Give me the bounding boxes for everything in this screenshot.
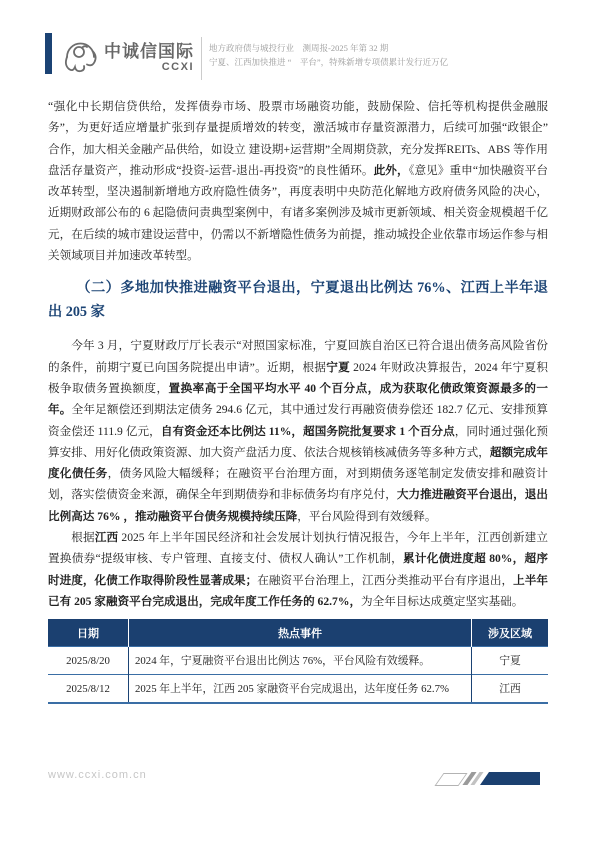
brand-name-cn: 中诚信国际: [104, 42, 194, 61]
report-series-title: 地方政府债与城投行业 测周报-2025 年第 32 期: [209, 41, 448, 55]
paragraph-jiangxi: 根据江西 2025 年上半年国民经济和社会发展计划执行情况报告，今年上半年，江西…: [48, 527, 548, 612]
footer-decoration: [437, 772, 547, 786]
cell-region: 江西: [472, 675, 549, 704]
emphasis-text: 宁夏: [326, 361, 350, 374]
table-row: 2025/8/202024 年，宁夏融资平台退出比例达 76%，平台风险有效缓释…: [48, 647, 548, 675]
document-body: “强化中长期信贷供给，发挥债券市场、股票市场融资功能，鼓励保险、信托等机构提供金…: [48, 96, 548, 704]
cell-event: 2024 年，宁夏融资平台退出比例达 76%，平台风险有效缓释。: [129, 647, 472, 675]
cell-region: 宁夏: [472, 647, 549, 675]
emphasis-text: 江西: [95, 531, 119, 544]
section-heading: （二）多地加快推进融资平台退出，宁夏退出比例达 76%、江西上半年退出 205 …: [48, 276, 548, 324]
emphasis-text: 自有资金还本比例达 11%，超国务院批复要求 1 个百分点: [161, 425, 455, 438]
header-cell-event: 热点事件: [129, 619, 472, 647]
cell-event: 2025 年上半年，江西 205 家融资平台完成退出，达年度任务 62.7%: [129, 675, 472, 704]
report-page: { "header": { "brand": { "name_cn": "中诚信…: [0, 0, 595, 841]
report-issue-title: 宁夏、江西加快推进 “ 平台”，特殊新增专项债累计发行近万亿: [209, 55, 448, 69]
elephant-logo-icon: [59, 39, 101, 77]
brand-name-en: CCXI: [104, 61, 194, 73]
hot-events-table: 日期 热点事件 涉及区域 2025/8/202024 年，宁夏融资平台退出比例达…: [48, 619, 548, 704]
hot-events-tbody: 2025/8/202024 年，宁夏融资平台退出比例达 76%，平台风险有效缓释…: [48, 647, 548, 704]
header-accent-bar: [45, 33, 52, 74]
body-text: 为全年目标达成奠定坚实基础。: [361, 595, 523, 608]
table-row: 2025/8/122025 年上半年，江西 205 家融资平台完成退出，达年度任…: [48, 675, 548, 704]
header-divider: [201, 37, 202, 80]
body-text: 在融资平台治理上，江西分类推动平台有序退出，: [257, 574, 513, 587]
header-cell-region: 涉及区域: [472, 619, 549, 647]
table-header-row: 日期 热点事件 涉及区域: [48, 619, 548, 647]
body-text: 《意见》重申“加快融资平台改革转型，坚决遏制新增地方政府隐性债务”，再度表明中央…: [48, 164, 548, 262]
brand-name: 中诚信国际 CCXI: [104, 42, 194, 73]
body-text: ，平台风险得到有效缓释。: [297, 510, 436, 523]
cell-date: 2025/8/12: [48, 675, 129, 704]
report-header-info: 地方政府债与城投行业 测周报-2025 年第 32 期 宁夏、江西加快推进 “ …: [209, 41, 448, 69]
footer-navy-bar: [480, 772, 540, 785]
header-cell-date: 日期: [48, 619, 129, 647]
brand-logo: 中诚信国际 CCXI: [59, 39, 194, 77]
emphasis-text: 此外，: [374, 164, 409, 177]
paragraph-policy-overview: “强化中长期信贷供给，发挥债券市场、股票市场融资功能，鼓励保险、信托等机构提供金…: [48, 96, 548, 266]
hot-events-head: 日期 热点事件 涉及区域: [48, 619, 548, 647]
website-url: www.ccxi.com.cn: [48, 769, 147, 781]
paragraph-ningxia: 今年 3 月，宁夏财政厅厅长表示“对照国家标准，宁夏回族自治区已符合退出债务高风…: [48, 335, 548, 527]
body-text: 根据: [71, 531, 95, 544]
cell-date: 2025/8/20: [48, 647, 129, 675]
